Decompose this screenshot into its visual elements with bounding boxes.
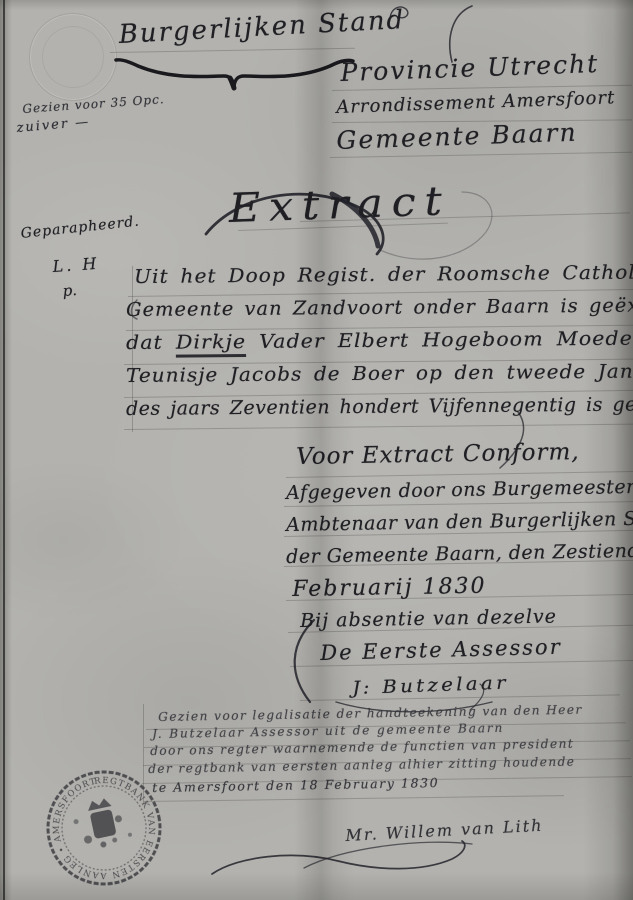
embossed-seal (30, 14, 116, 100)
paraph-initials: L. H (52, 254, 100, 276)
body-line-3-suffix: Vader Elbert Hogeboom Moeder (246, 327, 633, 352)
attestation-line-1: Voor Extract Conform, (296, 439, 580, 470)
body-line-3: dat Dirkje Vader Elbert Hogeboom Moeder (126, 327, 633, 354)
legalization-line-1: Gezien voor legalisatie der handteekenin… (158, 703, 583, 724)
body-line-2: Gemeente van Zandvoort onder Baarn is ge… (126, 294, 633, 321)
province-line: Provincie Utrecht (340, 49, 600, 87)
document-page: Burgerlijken Stand Gezien voor 35 Opc. z… (0, 0, 633, 900)
attestation-line-2: Afgegeven door ons Burgemeester (286, 476, 633, 504)
body-line-3-prefix: dat (126, 332, 176, 354)
body-line-5: des jaars Zeventien hondert Vijfennegent… (126, 393, 633, 420)
guide-line (144, 795, 564, 802)
section-heading: Burgerlijken Stand (118, 5, 406, 50)
guide-line (300, 694, 620, 701)
extract-title: Extract (228, 178, 451, 232)
legalization-line-5: te Amersfoort den 18 February 1830 (152, 775, 439, 795)
attestation-line-4: der Gemeente Baarn, den Zestiende (286, 540, 633, 568)
paraph-note: Geparapheerd. (20, 214, 141, 242)
attestation-line-3: Ambtenaar van den Burgerlijken Stand (286, 507, 633, 536)
curly-brace (112, 56, 357, 94)
body-line-1: Uit het Doop Regist. der Roomsche Cathol… (134, 261, 633, 288)
legalization-line-4: der regtbank van eersten aanleg alhier z… (148, 755, 575, 776)
arrondissement-line: Arrondissement Amersfoort (336, 87, 616, 118)
child-name: Dirkje (176, 331, 246, 358)
attestation-line-6: Bij absentie van dezelve (300, 606, 557, 632)
legalization-signature: Mr. Willem van Lith (345, 816, 544, 845)
municipality-line: Gemeente Baarn (336, 118, 578, 155)
scan-edge-line (3, 0, 5, 900)
paraph-mark: p. (62, 281, 78, 300)
assessor-signature: J: Butzelaar (352, 673, 509, 699)
margin-fee-note-2: zuiver — (16, 115, 91, 136)
attestation-line-7: De Eerste Assessor (320, 635, 562, 665)
guide-line (124, 424, 633, 430)
attestation-line-5: Februarij 1830 (292, 574, 487, 602)
body-line-4: Teunisje Jacobs de Boer op den tweede Ja… (126, 360, 633, 387)
court-ink-stamp: REGTBANK VAN EERSTEN AANLEG • AMERSFOORT… (28, 752, 180, 900)
margin-fee-note: Gezien voor 35 Opc. (22, 92, 165, 116)
